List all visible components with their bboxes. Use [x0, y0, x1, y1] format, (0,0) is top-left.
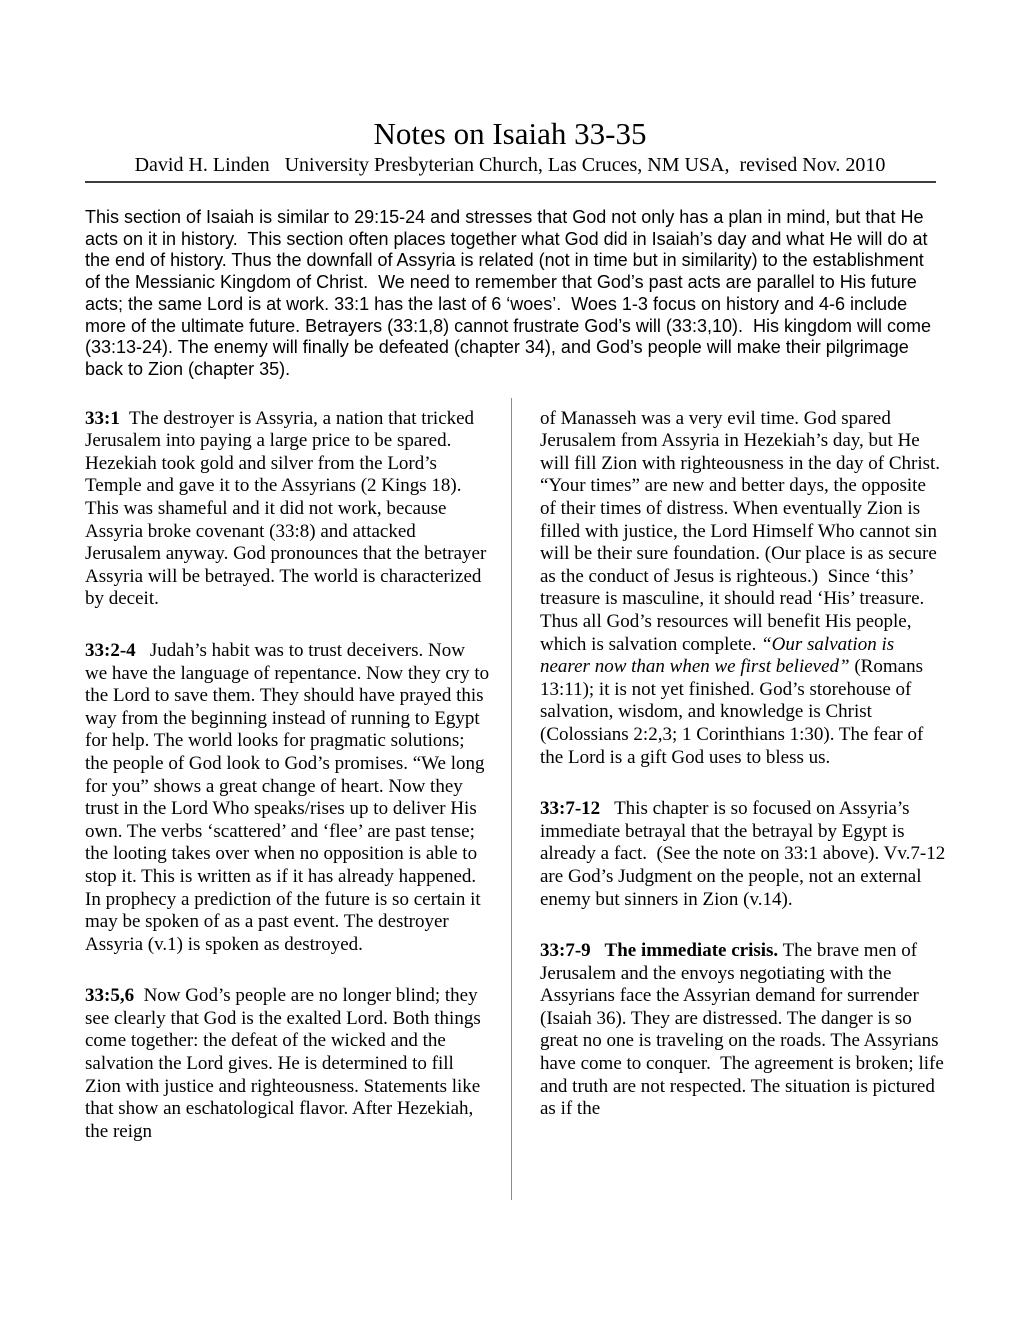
- text-run: Now God’s people are no longer blind; th…: [85, 985, 485, 1142]
- text-run: This chapter is so focused on Assyria’s …: [540, 798, 950, 909]
- intro-paragraph: This section of Isaiah is similar to 29:…: [85, 207, 935, 381]
- section-paragraph: 33:1 The destroyer is Assyria, a nation …: [85, 408, 491, 611]
- page-title: Notes on Isaiah 33-35: [0, 0, 1020, 152]
- section-paragraph: of Manasseh was a very evil time. God sp…: [540, 408, 946, 770]
- text-run: The destroyer is Assyria, a nation that …: [85, 408, 490, 610]
- verse-heading: 33:5,6: [85, 985, 134, 1006]
- text-run: The brave men of Jerusalem and the envoy…: [540, 940, 949, 1119]
- left-column: 33:1 The destroyer is Assyria, a nation …: [85, 408, 491, 1144]
- section-paragraph: 33:5,6 Now God’s people are no longer bl…: [85, 985, 491, 1143]
- byline: David H. Linden University Presbyterian …: [0, 153, 1020, 178]
- title-rule: [85, 181, 936, 183]
- section-paragraph: 33:7-12 This chapter is so focused on As…: [540, 798, 946, 911]
- text-run: Judah’s habit was to trust deceivers. No…: [85, 640, 494, 955]
- verse-heading: 33:7-9 The immediate crisis.: [540, 940, 778, 961]
- document-page: Notes on Isaiah 33-35 David H. Linden Un…: [0, 0, 1020, 1320]
- verse-heading: 33:1: [85, 408, 120, 429]
- two-column-body: 33:1 The destroyer is Assyria, a nation …: [85, 408, 1020, 1144]
- text-run: of Manasseh was a very evil time. God sp…: [540, 408, 945, 655]
- verse-heading: 33:7-12: [540, 798, 600, 819]
- column-divider-line: [511, 398, 512, 1200]
- section-paragraph: 33:2-4 Judah’s habit was to trust deceiv…: [85, 640, 491, 956]
- section-paragraph: 33:7-9 The immediate crisis. The brave m…: [540, 940, 946, 1121]
- verse-heading: 33:2-4: [85, 640, 136, 661]
- right-column: of Manasseh was a very evil time. God sp…: [540, 408, 946, 1144]
